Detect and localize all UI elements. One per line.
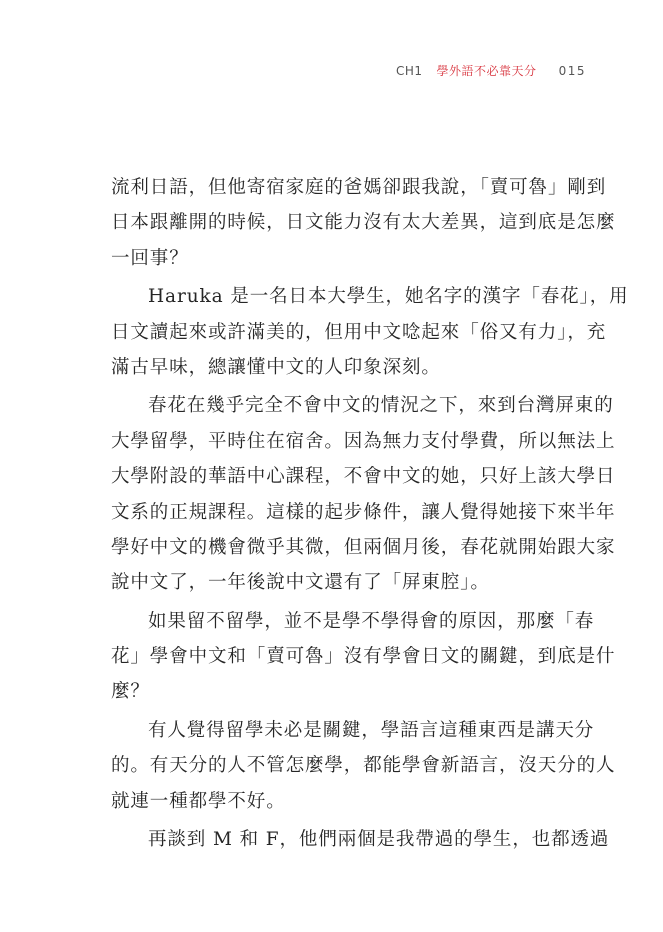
text-line: 麼？: [111, 674, 547, 709]
text-line: 有人覺得留學未必是關鍵，學語言這種東西是講天分: [111, 713, 547, 748]
paragraph: 有人覺得留學未必是關鍵，學語言這種東西是講天分 的。有天分的人不管怎麼學，都能學…: [111, 713, 547, 819]
text-line: 日本跟離開的時候，日文能力沒有太大差異，這到底是怎麼: [111, 205, 547, 240]
text-line: 花」學會中文和「賣可魯」沒有學會日文的關鍵，到底是什: [111, 639, 547, 674]
paragraph: 流利日語，但他寄宿家庭的爸媽卻跟我說，「賣可魯」剛到 日本跟離開的時候，日文能力…: [111, 170, 547, 276]
text-line: 大學留學，平時住在宿舍。因為無力支付學費，所以無法上: [111, 424, 547, 459]
text-line: 滿古早味，總讓懂中文的人印象深刻。: [111, 350, 547, 385]
running-header: CH1 學外語不必靠天分 015: [396, 62, 586, 79]
text-line: 大學附設的華語中心課程，不會中文的她，只好上該大學日: [111, 459, 547, 494]
paragraph: 春花在幾乎完全不會中文的情況之下，來到台灣屏東的 大學留學，平時住在宿舍。因為無…: [111, 388, 547, 600]
text-line: 的。有天分的人不管怎麼學，都能學會新語言，沒天分的人: [111, 748, 547, 783]
text-line: 如果留不留學，並不是學不學得會的原因，那麼「春: [111, 604, 547, 639]
text-line: 日文讀起來或許滿美的，但用中文唸起來「俗又有力」，充: [111, 315, 547, 350]
paragraph: 再談到 M 和 F，他們兩個是我帶過的學生，也都透過: [111, 822, 547, 857]
paragraph: Haruka 是一名日本大學生，她名字的漢字「春花」，用 日文讀起來或許滿美的，…: [111, 279, 547, 385]
chapter-title: 學外語不必靠天分: [437, 62, 537, 79]
text-line: 學好中文的機會微乎其微，但兩個月後，春花就開始跟大家: [111, 530, 547, 565]
text-line: 流利日語，但他寄宿家庭的爸媽卻跟我說，「賣可魯」剛到: [111, 170, 547, 205]
page-number: 015: [559, 64, 586, 78]
text-line: 再談到 M 和 F，他們兩個是我帶過的學生，也都透過: [111, 822, 547, 857]
text-line: 說中文了，一年後說中文還有了「屏東腔」。: [111, 565, 547, 600]
text-line: 春花在幾乎完全不會中文的情況之下，來到台灣屏東的: [111, 388, 547, 423]
chapter-label: CH1: [396, 64, 423, 78]
body-text: 流利日語，但他寄宿家庭的爸媽卻跟我說，「賣可魯」剛到 日本跟離開的時候，日文能力…: [111, 170, 547, 857]
text-line: 一回事？: [111, 241, 547, 276]
text-line: 文系的正規課程。這樣的起步條件，讓人覺得她接下來半年: [111, 495, 547, 530]
paragraph: 如果留不留學，並不是學不學得會的原因，那麼「春 花」學會中文和「賣可魯」沒有學會…: [111, 604, 547, 710]
text-line: 就連一種都學不好。: [111, 784, 547, 819]
text-line: Haruka 是一名日本大學生，她名字的漢字「春花」，用: [111, 279, 547, 314]
